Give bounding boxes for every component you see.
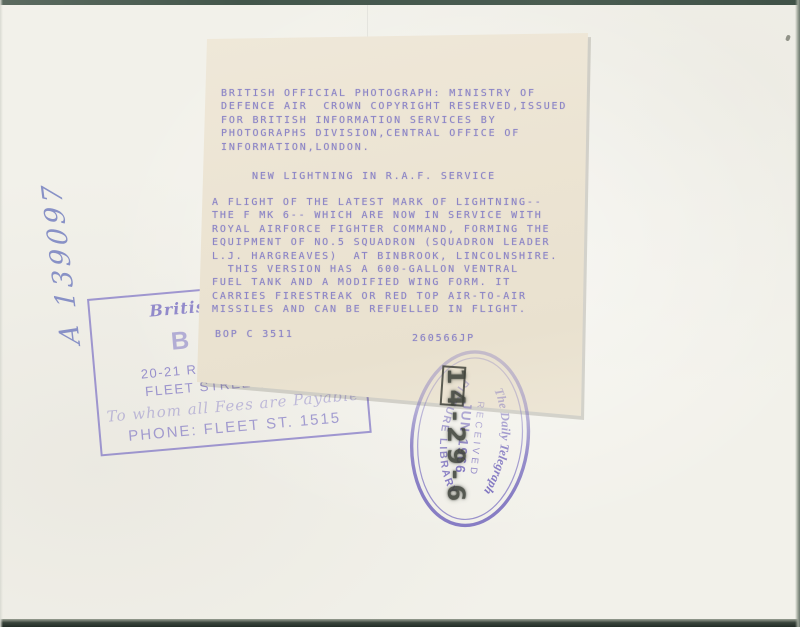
photo-edge-bottom xyxy=(0,619,800,627)
archive-number-text: A 139097 xyxy=(34,168,92,358)
caption-credit-lines: BRITISH OFFICIAL PHOTOGRAPH: MINISTRY OF… xyxy=(221,87,567,154)
photo-edge-top xyxy=(0,0,800,5)
pencil-accession-number: 14-29-6 xyxy=(436,360,476,515)
paper-crease xyxy=(367,5,368,39)
photo-back-scan: A 139097 British Official B I 20-21 RED … xyxy=(0,0,800,627)
photo-edge-left xyxy=(0,0,3,627)
caption-reference-number: BOP C 3511 xyxy=(215,328,294,341)
pencil-number-text: 14-29-6 xyxy=(443,362,469,512)
photo-edge-right xyxy=(795,0,800,627)
caption-headline: NEW LIGHTNING IN R.A.F. SERVICE xyxy=(252,170,496,183)
caption-body-lines: A FLIGHT OF THE LATEST MARK OF LIGHTNING… xyxy=(212,196,558,317)
